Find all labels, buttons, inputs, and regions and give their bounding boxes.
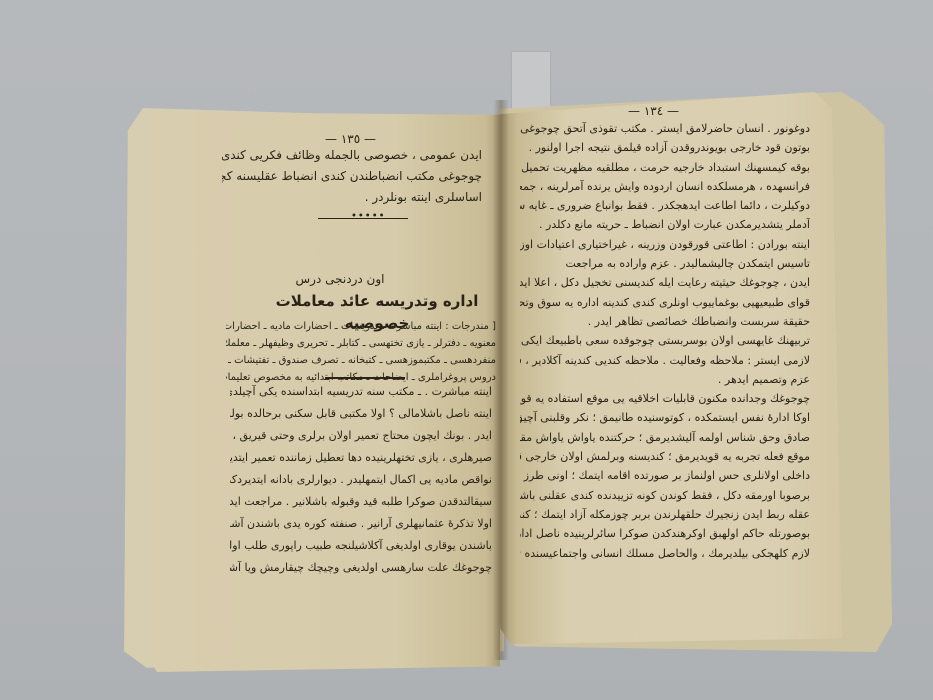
text-line: ایدر . بونك ایچون محتاج تعمیر اولان برلر…: [230, 425, 492, 447]
text-line: لازمی ایستر : ملاحظه وفعالیت . ملاحظه كن…: [520, 351, 810, 370]
text-line: فرانسهده ، هرمسلكده انسان اردوده وایش یر…: [520, 177, 810, 196]
text-line: دوكیلرت ، دائما اطاعت ایدهجكدر . فقط بوا…: [520, 196, 810, 215]
text-line: چوجوغی مكتب انضباطندن كندی انضباط عقلیسن…: [222, 166, 482, 187]
text-line: قوای طبیعیهیی بوغماییوب اونلری كندی كندی…: [520, 293, 810, 312]
photo-scene: — ١٣٥ — ایدن عمومی ، خصوصی بالجمله وظائف…: [0, 0, 933, 700]
text-line: [ مندرجات : اینته مباشرت ـ تدریسات ـ احض…: [226, 318, 496, 335]
text-line: ایدن عمومی ، خصوصی بالجمله وظائف فكریی ك…: [222, 145, 482, 166]
text-line: منفردهسی ـ مكتبموزهسی ـ كتبخانه ـ تصرف ص…: [226, 352, 496, 369]
text-line: اوكا ادارهٔ نفس ایستمكده ، كوتوسنیده طان…: [520, 408, 810, 427]
text-line: چوجوغك علت سارهسی اولدیغی وچیچك چیقارمش …: [230, 557, 492, 579]
text-line: معنویه ـ دفترلر ـ یازی تختهسی ـ كتابلر ـ…: [226, 335, 496, 352]
right-page-body: دوغونور . انسان حاضرلامق ایستر . مكتب تق…: [520, 119, 810, 563]
text-line: داخلی اولانلری حس اولنماز بر صورتده اقام…: [520, 466, 810, 485]
text-line: آدملر یتشدیرمكدن عبارت اولان انضباط ـ حر…: [520, 215, 810, 234]
text-line: نواقص مادیه یی اكمال ایتمهلیدر . دیوارلر…: [230, 469, 492, 491]
text-line: عزم وتصمیم ایدهر .: [520, 370, 810, 389]
text-line: حقیقة سربست وانضباطك خصائصی تظاهر ایدر .: [520, 312, 810, 331]
text-line: تربیهنك غایهسی اولان بوسربستی چوجوقده سع…: [520, 331, 810, 350]
right-page-number: — ١٣٤ —: [628, 104, 679, 118]
text-line: لازم كلهجكی بیلدیرمك ، والحاصل مسلك انسا…: [520, 544, 810, 563]
left-page-number: — ١٣٥ —: [325, 132, 376, 146]
text-line: بوصورتله حاكم اولهبق اوكرهندكدن صوكرا سا…: [520, 524, 810, 543]
contents-rule: [325, 377, 405, 379]
text-line: ایدن ، چوجوغك حیثیته رعایت ایله كندیسنی …: [520, 273, 810, 292]
text-line: سیقالتدقدن صوكرا طلبه قید وقبوله باشلانی…: [230, 491, 492, 513]
lesson-number: اون دردنجی درس: [260, 268, 420, 290]
text-line: اولا تذكرهٔ عثمانیهلری آرانیر . صنفته كو…: [230, 513, 492, 535]
left-page-top-paragraph: ایدن عمومی ، خصوصی بالجمله وظائف فكریی ك…: [222, 145, 482, 208]
text-line: اساسلری اینته بونلردر .: [222, 187, 482, 208]
text-line: صیرهلری ، یازی تختهلرینیده دها تعطیل زما…: [230, 447, 492, 469]
lesson-contents: [ مندرجات : اینته مباشرت ـ تدریسات ـ احض…: [226, 318, 496, 386]
text-line: اینته ناصل باشلامالی ؟ اولا مكتبی قابل س…: [230, 403, 492, 425]
paper-bookmark-slip: [512, 52, 550, 112]
text-line: صادق وحق شناس اولمه آلیشدیرمق ؛ حركتنده …: [520, 428, 810, 447]
text-line: اینته مباشرت . ـ مكتب سنه تدریسیه ابتداس…: [230, 381, 492, 403]
text-line: چوجوغك وجدانده مكنون قابلیات اخلاقیه یی …: [520, 389, 810, 408]
text-line: برصوبا اورمقه دكل ، فقط كوندن كونه تزیید…: [520, 486, 810, 505]
text-line: عقله ربط ایدن زنجیرك حلقهلرندن بربر چوزم…: [520, 505, 810, 524]
text-line: باشندن یوقاری اولدیغی آكلاشیلنجه طبیب را…: [230, 535, 492, 557]
text-line: تاسیس ایتمكدن چالیشمالیدر . عزم واراده ب…: [520, 254, 810, 273]
text-line: بوقه كیمسهنك استبداد خارجیه حرمت ، مطلقی…: [520, 158, 810, 177]
text-line: موقع فعله تجربه یه قویدیرمق ؛ كندیسنه وب…: [520, 447, 810, 466]
left-page-body: اینته مباشرت . ـ مكتب سنه تدریسیه ابتداس…: [230, 381, 492, 579]
text-line: دوغونور . انسان حاضرلامق ایستر . مكتب تق…: [520, 119, 810, 138]
text-line: بوتون قود خارجی بویوندروقدن آزاده قیلمق …: [520, 138, 810, 157]
section-ornament: •••••: [351, 211, 386, 222]
text-line: اینته بورادن : اطاعتی قورقودن وزرینه ، غ…: [520, 235, 810, 254]
